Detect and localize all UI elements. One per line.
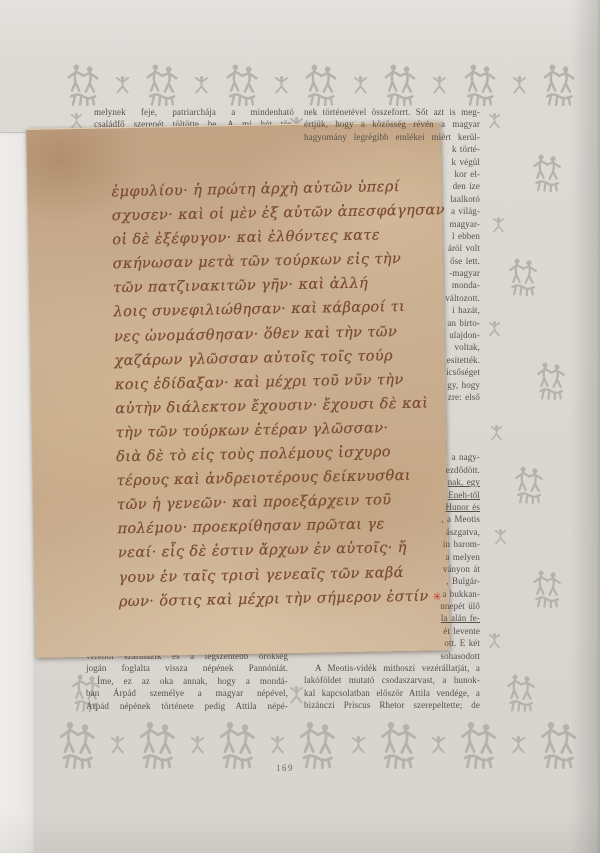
text-line: bizánczi Priscus Rhetor szerepeltette; d…: [304, 699, 480, 711]
dancing-hunters-motif-icon: [512, 464, 546, 504]
left-column-bottom-text: véréből származik és a legszentebb öröks…: [86, 650, 288, 712]
decorative-border-top: [64, 58, 578, 110]
text-line: , a Meotis: [304, 513, 480, 525]
figure-x-motif-icon: [431, 735, 446, 754]
text-line: ét levente: [304, 625, 480, 637]
dancing-hunters-motif-icon: [223, 62, 261, 106]
right-column-bottom-lines: A Meotis-vidék mithoszi vezérállatját, a…: [304, 662, 480, 712]
text-line: voltak,: [304, 341, 480, 353]
dancing-hunters-motif-icon: [143, 62, 181, 106]
text-line: melynek feje, patriarchája a mindenható: [94, 106, 294, 118]
text-line: gy, hogy: [304, 379, 480, 391]
dancing-hunters-motif-icon: [56, 719, 99, 769]
dancing-hunters-motif-icon: [504, 672, 538, 712]
figure-x-motif-icon: [488, 320, 501, 337]
figure-x-motif-icon: [110, 735, 125, 754]
decorative-border-right: [488, 112, 592, 712]
text-line: -magyar: [304, 267, 480, 279]
text-line: a nagy-: [304, 451, 480, 463]
text-line: laalkotó: [304, 193, 480, 205]
figure-x-motif-icon: [432, 75, 447, 94]
text-line: zre: első: [304, 391, 480, 403]
text-line: változott.: [304, 292, 480, 304]
figure-x-motif-icon: [492, 216, 505, 233]
figure-x-motif-icon: [353, 75, 368, 94]
text-line: ászgatva,: [304, 526, 480, 538]
text-line: nak, egy: [304, 476, 480, 488]
text-line: l ebben: [304, 230, 480, 242]
text-line: lakóföldet mutató csodaszarvast, a hunok…: [304, 674, 480, 686]
text-line: in barom-: [304, 538, 480, 550]
text-line: értjük, hogy a közösség révén a magyar: [304, 118, 480, 130]
figure-x-motif-icon: [512, 75, 527, 94]
text-line: , Bulgár-: [304, 575, 480, 587]
text-line: la alán fe-: [304, 612, 480, 624]
dancing-hunters-motif-icon: [377, 719, 420, 769]
dancing-hunters-motif-icon: [457, 719, 500, 769]
dancing-hunters-motif-icon: [461, 62, 499, 106]
text-line: hagyomány legrégibb emlékei miért kerül-: [304, 131, 480, 143]
text-line: ban Árpád személye a magyar népével,: [86, 687, 288, 699]
text-line: den íze: [304, 180, 480, 192]
dancing-hunters-motif-icon: [216, 719, 259, 769]
text-line: nek történetével összeforrt. Sőt azt is …: [304, 106, 480, 118]
book-page: melynek feje, patriarchája a mindenhatóc…: [0, 0, 600, 853]
text-line: nnepét ülő: [304, 600, 480, 612]
text-line: a világ-: [304, 205, 480, 217]
figure-x-motif-icon: [190, 735, 205, 754]
text-line: Eneh-től: [304, 489, 480, 501]
text-line: monda-: [304, 279, 480, 291]
dancing-hunters-motif-icon: [537, 719, 580, 769]
text-line: a bukkan-: [304, 588, 480, 600]
right-column-fragments-upper: k törté-k végülkor el-den ízelaalkotóa v…: [304, 143, 480, 403]
text-line: A Meotis-vidék mithoszi vezérállatját, a: [304, 662, 480, 674]
dancing-hunters-motif-icon: [530, 152, 564, 192]
dancing-hunters-motif-icon: [64, 62, 102, 106]
text-line: an birto-: [304, 317, 480, 329]
dancing-hunters-motif-icon: [530, 568, 564, 608]
text-line: Íme, ez az oka annak, hogy a mondá-: [86, 675, 288, 687]
figure-x-motif-icon: [115, 75, 130, 94]
figure-x-motif-icon: [490, 424, 503, 441]
right-column-fragments-lower: a nagy-ezdődött.nak, egyEneh-tőlHunor és…: [304, 451, 480, 662]
right-column-top-lines: nek történetével összeforrt. Sőt azt is …: [304, 106, 480, 143]
dancing-hunters-motif-icon: [302, 62, 340, 106]
text-line: k végül: [304, 156, 480, 168]
text-line: kor el-: [304, 168, 480, 180]
text-line: ulajdon-: [304, 329, 480, 341]
text-line: i hazát,: [304, 304, 480, 316]
figure-x-motif-icon: [270, 735, 285, 754]
figure-x-motif-icon: [70, 112, 83, 129]
text-line: ványon át: [304, 563, 480, 575]
dancing-hunters-motif-icon: [381, 62, 419, 106]
right-column-text: nek történetével összeforrt. Sőt azt is …: [304, 106, 480, 712]
text-line: sohasodott: [304, 650, 480, 662]
text-line: magyar-: [304, 218, 480, 230]
text-line: őse lett.: [304, 255, 480, 267]
figure-x-motif-icon: [351, 735, 366, 754]
dancing-hunters-motif-icon: [136, 719, 179, 769]
text-line: k törté-: [304, 143, 480, 155]
text-line: kal kapcsolatban először Attila vendége,…: [304, 687, 480, 699]
figure-x-motif-icon: [494, 528, 507, 545]
text-line: ott. E két: [304, 637, 480, 649]
dancing-hunters-motif-icon: [540, 62, 578, 106]
figure-x-motif-icon: [274, 75, 289, 94]
dancing-hunters-motif-icon: [534, 360, 568, 400]
text-line: a melyen: [304, 551, 480, 563]
figure-x-motif-icon: [194, 75, 209, 94]
figure-x-motif-icon: [488, 632, 501, 649]
text-line: Árpád népének története pedig Attila nép…: [86, 700, 288, 712]
page-number: 169: [80, 763, 490, 773]
text-line: áról volt: [304, 242, 480, 254]
text-line: icsőséget: [304, 366, 480, 378]
figure-x-motif-icon: [289, 685, 304, 704]
figure-x-motif-icon: [488, 112, 501, 129]
text-line: Hunor és: [304, 501, 480, 513]
text-line: jogán foglalta vissza népének Pannóniát.: [86, 662, 288, 674]
column-gap: [304, 403, 480, 451]
figure-x-motif-icon: [511, 735, 526, 754]
text-line: esítették.: [304, 354, 480, 366]
text-line: ezdődött.: [304, 464, 480, 476]
dancing-hunters-motif-icon: [506, 256, 540, 296]
dancing-hunters-motif-icon: [296, 719, 339, 769]
